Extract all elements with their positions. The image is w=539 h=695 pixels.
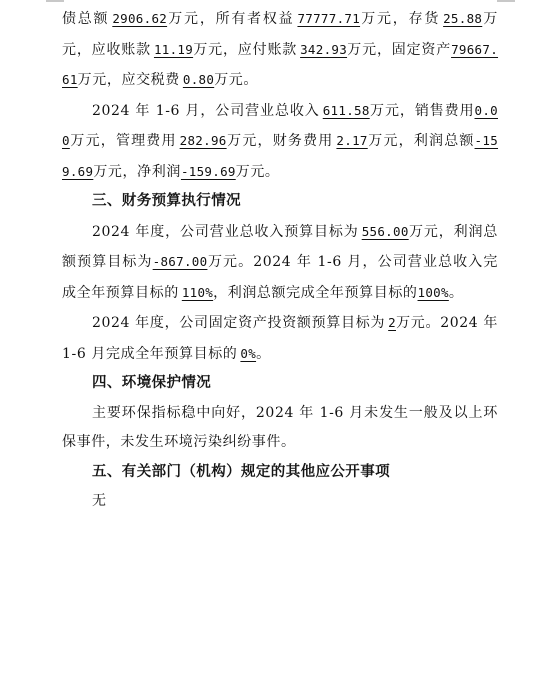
section-heading-other-disclosures: 五、有关部门（机构）规定的其他应公开事项 [62, 458, 498, 488]
receivables-value: 11.19 [151, 42, 193, 57]
receivables-label: 应收账款 [92, 42, 151, 58]
unit-text: 万元 [347, 42, 377, 58]
liabilities-value: 2906.62 [109, 11, 167, 26]
capex-target-value: 2 [385, 315, 396, 330]
budget-capex-paragraph: 2024 年度，公司固定资产投资额预算目标为2万元。2024 年 1-6 月完成… [62, 308, 498, 369]
capex-completion-value: 0% [237, 346, 256, 361]
revenue-target-value: 556.00 [359, 224, 409, 239]
punctuation: ， [393, 11, 409, 27]
income-intro: 2024 年 1-6 月，公司营业总收入 [92, 103, 320, 119]
taxes-payable-label: 应交税费 [121, 72, 179, 88]
finance-expense-label: 财务费用 [273, 133, 334, 149]
equity-value: 77777.71 [294, 11, 360, 26]
unit-text: 万元 [227, 133, 258, 149]
unit-text: 万元 [78, 72, 107, 88]
equity-label: 所有者权益 [216, 11, 295, 27]
budget-revenue-profit-paragraph: 2024 年度，公司营业总收入预算目标为556.00万元，利润总额预算目标为-8… [62, 217, 498, 309]
unit-text: 万元 [93, 164, 122, 180]
punctuation: 。 [449, 285, 464, 301]
selling-expense-label: 销售费用 [415, 103, 475, 119]
payables-value: 342.93 [297, 42, 347, 57]
inventory-label: 存货 [409, 11, 441, 27]
punctuation: ， [107, 72, 122, 88]
unit-text: 万元 [360, 11, 393, 27]
taxes-payable-value: 0.80 [180, 72, 214, 87]
unit-text: 万元 [236, 164, 265, 180]
punctuation: ， [200, 11, 216, 27]
liabilities-label: 债总额 [62, 11, 109, 27]
total-profit-label: 利润总额 [414, 133, 475, 149]
unit-text: 万元 [167, 11, 200, 27]
punctuation: ， [77, 42, 92, 58]
section-heading-environment: 四、环境保护情况 [62, 369, 498, 399]
profit-target-value: -867.00 [153, 254, 208, 269]
section-heading-budget-execution: 三、财务预算执行情况 [62, 187, 498, 217]
fixed-assets-label: 固定资产 [392, 42, 451, 58]
page-corner-mark-right [497, 0, 515, 2]
punctuation: ， [377, 42, 392, 58]
income-paragraph: 2024 年 1-6 月，公司营业总收入611.58万元，销售费用0.00万元，… [62, 96, 498, 188]
inventory-value: 25.88 [440, 11, 482, 26]
budget-intro: 2024 年度，公司营业总收入预算目标为 [92, 224, 359, 240]
finance-expense-value: 2.17 [333, 133, 367, 148]
document-page: 债总额2906.62万元，所有者权益77777.71万元，存货25.88万元，应… [62, 4, 498, 517]
page-corner-mark-left [46, 0, 64, 2]
unit-text: 万元 [214, 72, 243, 88]
balance-sheet-paragraph: 债总额2906.62万元，所有者权益77777.71万元，存货25.88万元，应… [62, 4, 498, 96]
unit-text: 万元 [370, 103, 400, 119]
unit-text: 万元 [70, 133, 101, 149]
net-profit-label: 净利润 [137, 164, 181, 180]
payables-label: 应付账款 [238, 42, 297, 58]
other-disclosures-paragraph: 无 [62, 487, 498, 517]
unit-text: 万元 [368, 133, 399, 149]
profit-completion-value: 100% [418, 285, 449, 300]
net-profit-value: -159.69 [181, 164, 236, 179]
punctuation: ， [223, 42, 238, 58]
capex-intro: 2024 年度，公司固定资产投资额预算目标为 [92, 315, 385, 331]
environment-paragraph: 主要环保指标稳中向好，2024 年 1-6 月未发生一般及以上环保事件，未发生环… [62, 399, 498, 458]
unit-text: 万元 [193, 42, 223, 58]
admin-expense-value: 282.96 [177, 133, 227, 148]
punctuation: 。 [256, 346, 271, 362]
revenue-value: 611.58 [320, 103, 370, 118]
admin-expense-label: 管理费用 [116, 133, 177, 149]
revenue-completion-value: 110% [179, 285, 213, 300]
budget-text: ，利润总额完成全年预算目标的 [213, 285, 417, 301]
punctuation: 。 [243, 72, 258, 88]
